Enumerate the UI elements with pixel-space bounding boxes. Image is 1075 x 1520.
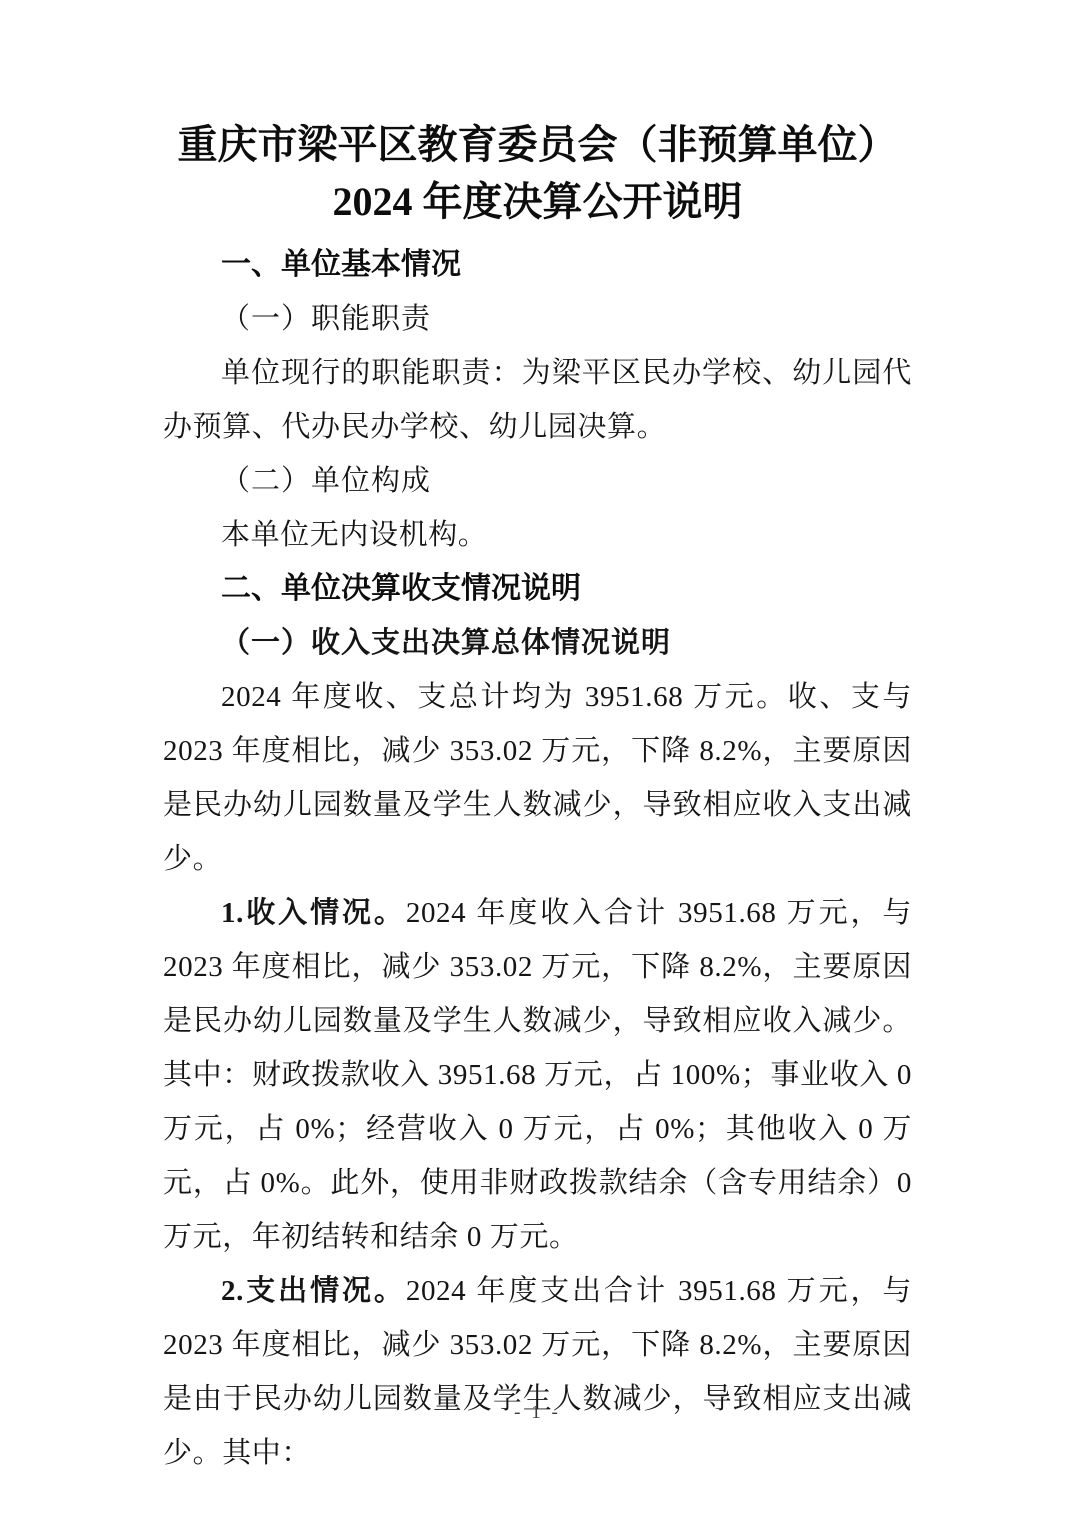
subheading-duties: （一）职能职责 [163, 292, 912, 346]
paragraph-expenditure-runin-heading: 2.支出情况。 [221, 1275, 406, 1307]
section-heading-final-accounts: 二、单位决算收支情况说明 [163, 562, 912, 616]
page-number: - 1 - [0, 1402, 1075, 1424]
paragraph-income: 1.收入情况。2024 年度收入合计 3951.68 万元，与 2023 年度相… [163, 886, 912, 1264]
paragraph-overall-totals: 2024 年度收、支总计均为 3951.68 万元。收、支与 2023 年度相比… [163, 670, 912, 886]
paragraph-unit-composition: 本单位无内设机构。 [163, 508, 912, 562]
subheading-unit-composition: （二）单位构成 [163, 454, 912, 508]
document-title-line-2: 2024 年度决算公开说明 [163, 173, 912, 230]
paragraph-duties: 单位现行的职能职责：为梁平区民办学校、幼儿园代办预算、代办民办学校、幼儿园决算。 [163, 346, 912, 454]
paragraph-expenditure: 2.支出情况。2024 年度支出合计 3951.68 万元，与 2023 年度相… [163, 1264, 912, 1480]
subheading-overall-situation: （一）收入支出决算总体情况说明 [163, 616, 912, 670]
document-page: 重庆市梁平区教育委员会（非预算单位） 2024 年度决算公开说明 一、单位基本情… [0, 0, 1075, 1520]
document-content: 重庆市梁平区教育委员会（非预算单位） 2024 年度决算公开说明 一、单位基本情… [163, 116, 912, 1480]
document-title-line-1: 重庆市梁平区教育委员会（非预算单位） [163, 116, 912, 173]
paragraph-income-text: 2024 年度收入合计 3951.68 万元，与 2023 年度相比，减少 35… [163, 897, 912, 1253]
section-heading-basic-info: 一、单位基本情况 [163, 238, 912, 292]
document-title: 重庆市梁平区教育委员会（非预算单位） 2024 年度决算公开说明 [163, 116, 912, 230]
paragraph-income-runin-heading: 1.收入情况。 [221, 897, 406, 929]
